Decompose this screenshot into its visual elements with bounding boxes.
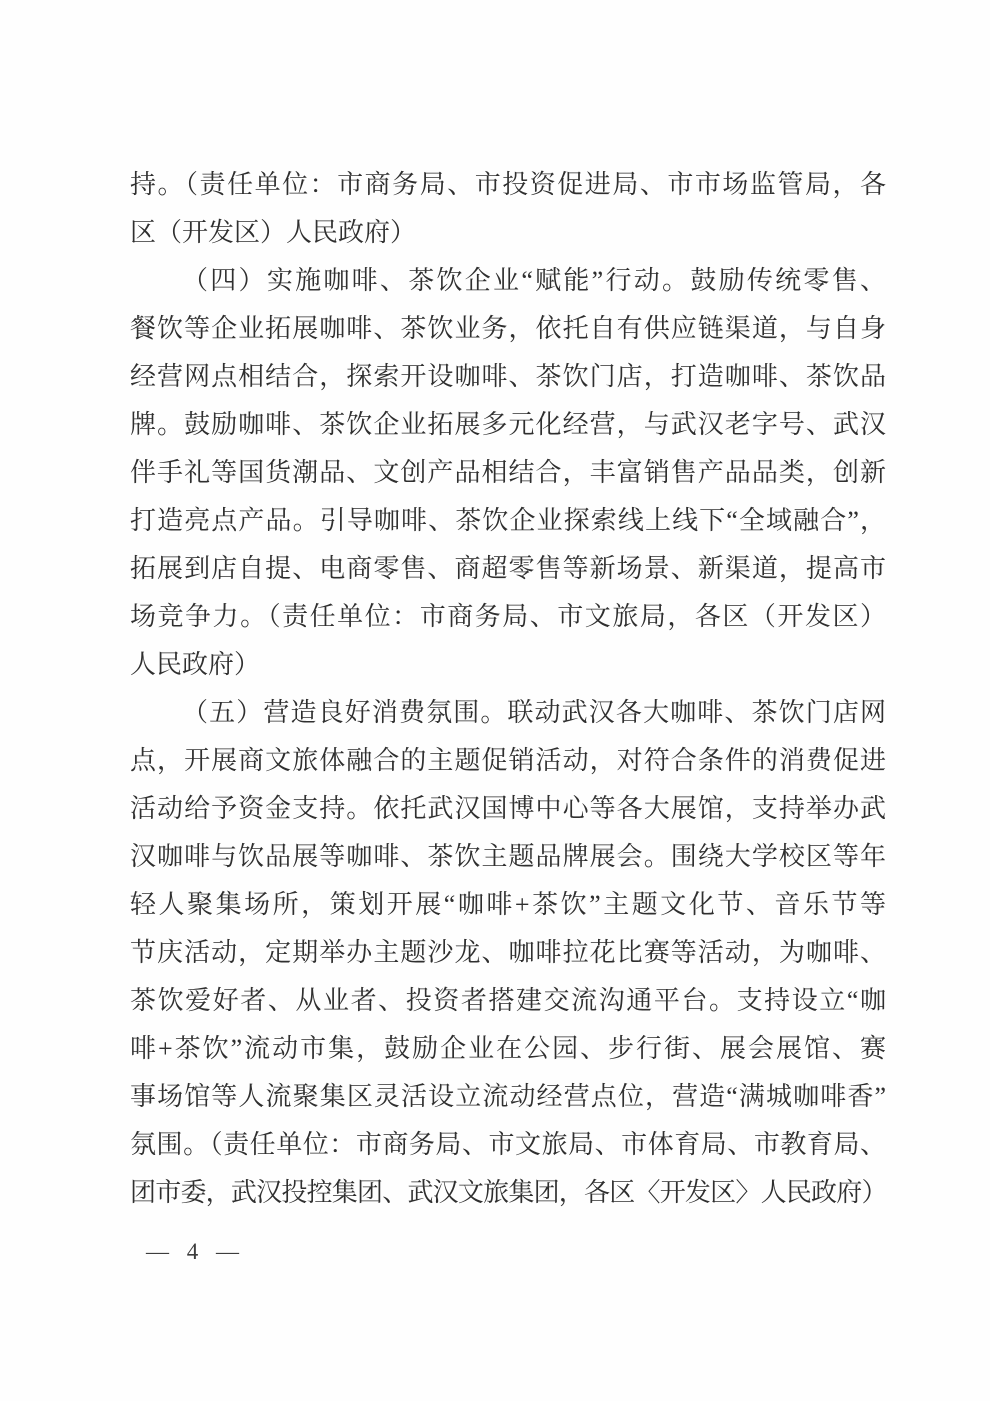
text-line: 汉咖啡与饮品展等咖啡、茶饮主题品牌展会。围绕大学校区等年 bbox=[130, 833, 886, 881]
text-line: 持。（责任单位：市商务局、市投资促进局、市市场监管局，各 bbox=[130, 161, 886, 209]
text-line-paragraph-4-heading: （四）实施咖啡、茶饮企业“赋能”行动。鼓励传统零售、 bbox=[130, 257, 886, 305]
text-line: 经营网点相结合，探索开设咖啡、茶饮门店，打造咖啡、茶饮品 bbox=[130, 353, 886, 401]
text-line: 场竞争力。（责任单位：市商务局、市文旅局，各区（开发区） bbox=[130, 593, 886, 641]
text-line: 人民政府） bbox=[130, 641, 886, 689]
page-number: — 4 — bbox=[146, 1236, 245, 1268]
text-line: 茶饮爱好者、从业者、投资者搭建交流沟通平台。支持设立“咖 bbox=[130, 977, 886, 1025]
text-line: 区（开发区）人民政府） bbox=[130, 209, 886, 257]
text-line: 牌。鼓励咖啡、茶饮企业拓展多元化经营，与武汉老字号、武汉 bbox=[130, 401, 886, 449]
text-line-paragraph-5-heading: （五）营造良好消费氛围。联动武汉各大咖啡、茶饮门店网 bbox=[130, 689, 886, 737]
text-line: 点，开展商文旅体融合的主题促销活动，对符合条件的消费促进 bbox=[130, 737, 886, 785]
text-line: 氛围。（责任单位：市商务局、市文旅局、市体育局、市教育局、 bbox=[130, 1121, 886, 1169]
text-line: 事场馆等人流聚集区灵活设立流动经营点位，营造“满城咖啡香” bbox=[130, 1073, 886, 1121]
text-line: 餐饮等企业拓展咖啡、茶饮业务，依托自有供应链渠道，与自身 bbox=[130, 305, 886, 353]
text-line: 打造亮点产品。引导咖啡、茶饮企业探索线上线下“全域融合”， bbox=[130, 497, 886, 545]
document-page: 持。（责任单位：市商务局、市投资促进局、市市场监管局，各 区（开发区）人民政府）… bbox=[0, 0, 990, 1401]
text-line: 伴手礼等国货潮品、文创产品相结合，丰富销售产品品类，创新 bbox=[130, 449, 886, 497]
text-line: 节庆活动，定期举办主题沙龙、咖啡拉花比赛等活动，为咖啡、 bbox=[130, 929, 886, 977]
text-line: 活动给予资金支持。依托武汉国博中心等各大展馆，支持举办武 bbox=[130, 785, 886, 833]
text-line: 啡+茶饮”流动市集，鼓励企业在公园、步行街、展会展馆、赛 bbox=[130, 1025, 886, 1073]
text-line: 拓展到店自提、电商零售、商超零售等新场景、新渠道，提高市 bbox=[130, 545, 886, 593]
document-body: 持。（责任单位：市商务局、市投资促进局、市市场监管局，各 区（开发区）人民政府）… bbox=[130, 161, 886, 1217]
text-line: 团市委，武汉投控集团、武汉文旅集团，各区〈开发区〉人民政府） bbox=[130, 1169, 886, 1217]
text-line: 轻人聚集场所，策划开展“咖啡+茶饮”主题文化节、音乐节等 bbox=[130, 881, 886, 929]
